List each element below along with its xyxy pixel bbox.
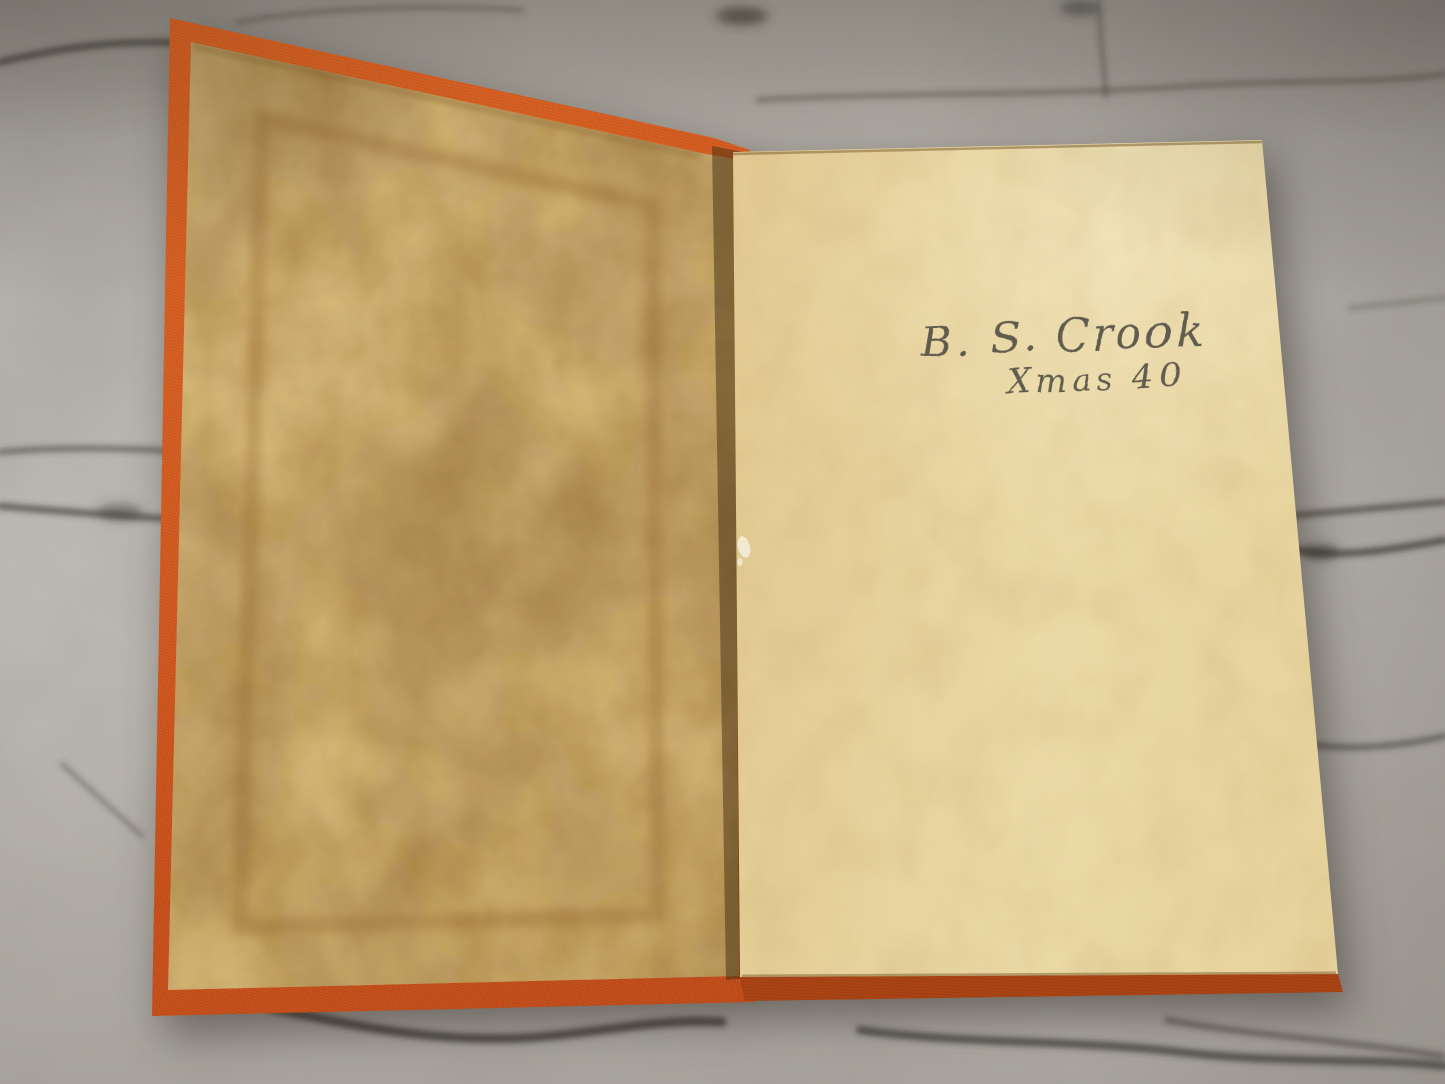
page-grain: [700, 130, 1350, 990]
book: B. S. Crook Xmas 40: [0, 0, 1445, 1084]
photo-scene: B. S. Crook Xmas 40: [0, 0, 1445, 1084]
inscription-line-2: Xmas 40: [1003, 355, 1186, 402]
